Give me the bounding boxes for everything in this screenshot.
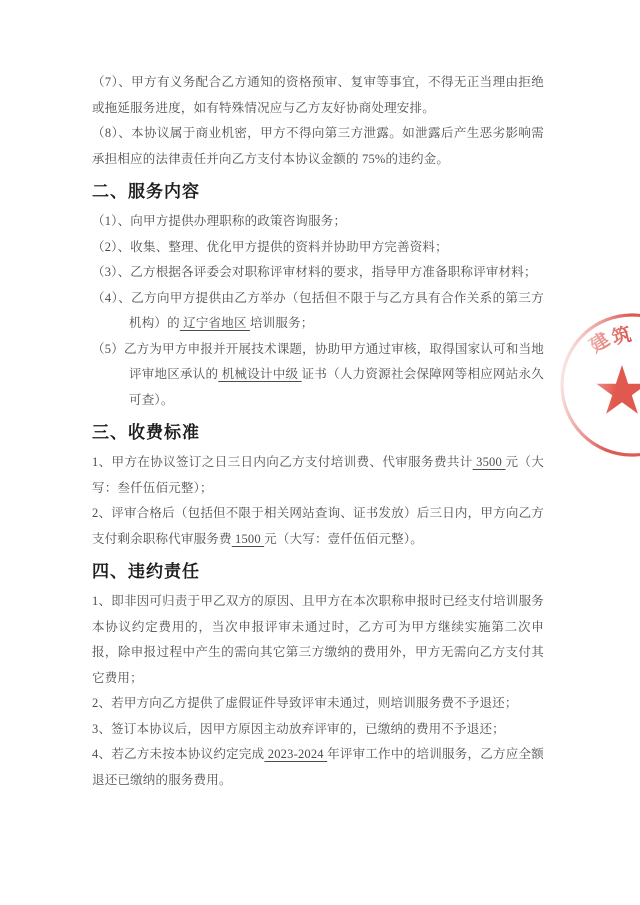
seal-graphic: 建 筑 [552,305,640,465]
text-run: （7）、甲方有义务配合乙方通知的资格预审、复审等事宜，不得无正当理由拒绝或拖延服… [92,75,544,115]
underlined-fill-in: 3500 [473,455,506,469]
clause-8: （8）、本协议属于商业机密，甲方不得向第三方泄露。如泄露后产生恶劣影响需承担相应… [92,121,544,172]
service-item-3: （3）、乙方根据各评委会对职称评审材料的要求，指导甲方准备职称评审材料； [92,260,544,286]
text-run: （4）、乙方向甲方提供由乙方举办（包括但不限于与乙方具有合作关系的第三方机构）的 [92,291,544,331]
seal-char: 筑 [609,322,633,349]
text-run: 3、签订本协议后，因甲方原因主动放弃评审的，已缴纳的费用不予退还； [92,722,505,736]
text-run: （8）、本协议属于商业机密，甲方不得向第三方泄露。如泄露后产生恶劣影响需承担相应… [92,126,544,166]
document-body: （7）、甲方有义务配合乙方通知的资格预审、复审等事宜，不得无正当理由拒绝或拖延服… [92,70,544,793]
seal-char: 建 [585,328,613,358]
section-2-heading: 二、服务内容 [92,181,544,203]
text-run: 1、即非因可归责于甲乙双方的原因、且甲方在本次职称申报时已经支付培训服务本协议约… [92,594,544,685]
clause-7: （7）、甲方有义务配合乙方通知的资格预审、复审等事宜，不得无正当理由拒绝或拖延服… [92,70,544,121]
text-run: （2）、收集、整理、优化甲方提供的资料并协助甲方完善资料； [92,240,448,254]
text-run: 培训服务； [250,316,314,330]
text-run: 2、若甲方向乙方提供了虚假证件导致评审未通过，则培训服务费不予退还； [92,696,518,710]
fee-item-2: 2、评审合格后（包括但不限于相关网站查询、证书发放）后三日内，甲方向乙方支付剩余… [92,501,544,552]
fee-item-1: 1、甲方在协议签订之日三日内向乙方支付培训费、代审服务费共计 3500 元（大写… [92,450,544,501]
liability-item-1: 1、即非因可归责于甲乙双方的原因、且甲方在本次职称申报时已经支付培训服务本协议约… [92,589,544,691]
text-run: 4、若乙方未按本协议约定完成 [92,747,264,761]
text-run: （3）、乙方根据各评委会对职称评审材料的要求，指导甲方准备职称评审材料； [92,265,537,279]
liability-item-3: 3、签订本协议后，因甲方原因主动放弃评审的，已缴纳的费用不予退还； [92,717,544,743]
text-run: 元（大写：壹仟伍佰元整）。 [264,532,423,546]
company-seal: 建 筑 [552,305,640,465]
underlined-fill-in: 机械设计中级 [218,367,301,381]
text-run: 1、甲方在协议签订之日三日内向乙方支付培训费、代审服务费共计 [92,455,473,469]
text-run: （1）、向甲方提供办理职称的政策咨询服务； [92,214,346,228]
service-item-2: （2）、收集、整理、优化甲方提供的资料并协助甲方完善资料； [92,235,544,261]
section-3-heading: 三、收费标准 [92,422,544,444]
seal-ring-icon [562,315,640,455]
red-star-icon [596,365,640,414]
section-4-heading: 四、违约责任 [92,561,544,583]
liability-item-2: 2、若甲方向乙方提供了虚假证件导致评审未通过，则培训服务费不予退还； [92,691,544,717]
underlined-fill-in: 2023-2024 [264,747,327,761]
underlined-fill-in: 1500 [232,532,264,546]
service-item-4: （4）、乙方向甲方提供由乙方举办（包括但不限于与乙方具有合作关系的第三方机构）的… [92,286,544,337]
liability-item-4: 4、若乙方未按本协议约定完成 2023-2024 年评审工作中的培训服务，乙方应… [92,742,544,793]
service-item-5: （5）乙方为甲方申报并开展技术课题，协助甲方通过审核，取得国家认可和当地评审地区… [92,337,544,414]
underlined-fill-in: 辽宁省地区 [180,316,250,330]
contract-page: （7）、甲方有义务配合乙方通知的资格预审、复审等事宜，不得无正当理由拒绝或拖延服… [0,0,640,905]
service-item-1: （1）、向甲方提供办理职称的政策咨询服务； [92,209,544,235]
